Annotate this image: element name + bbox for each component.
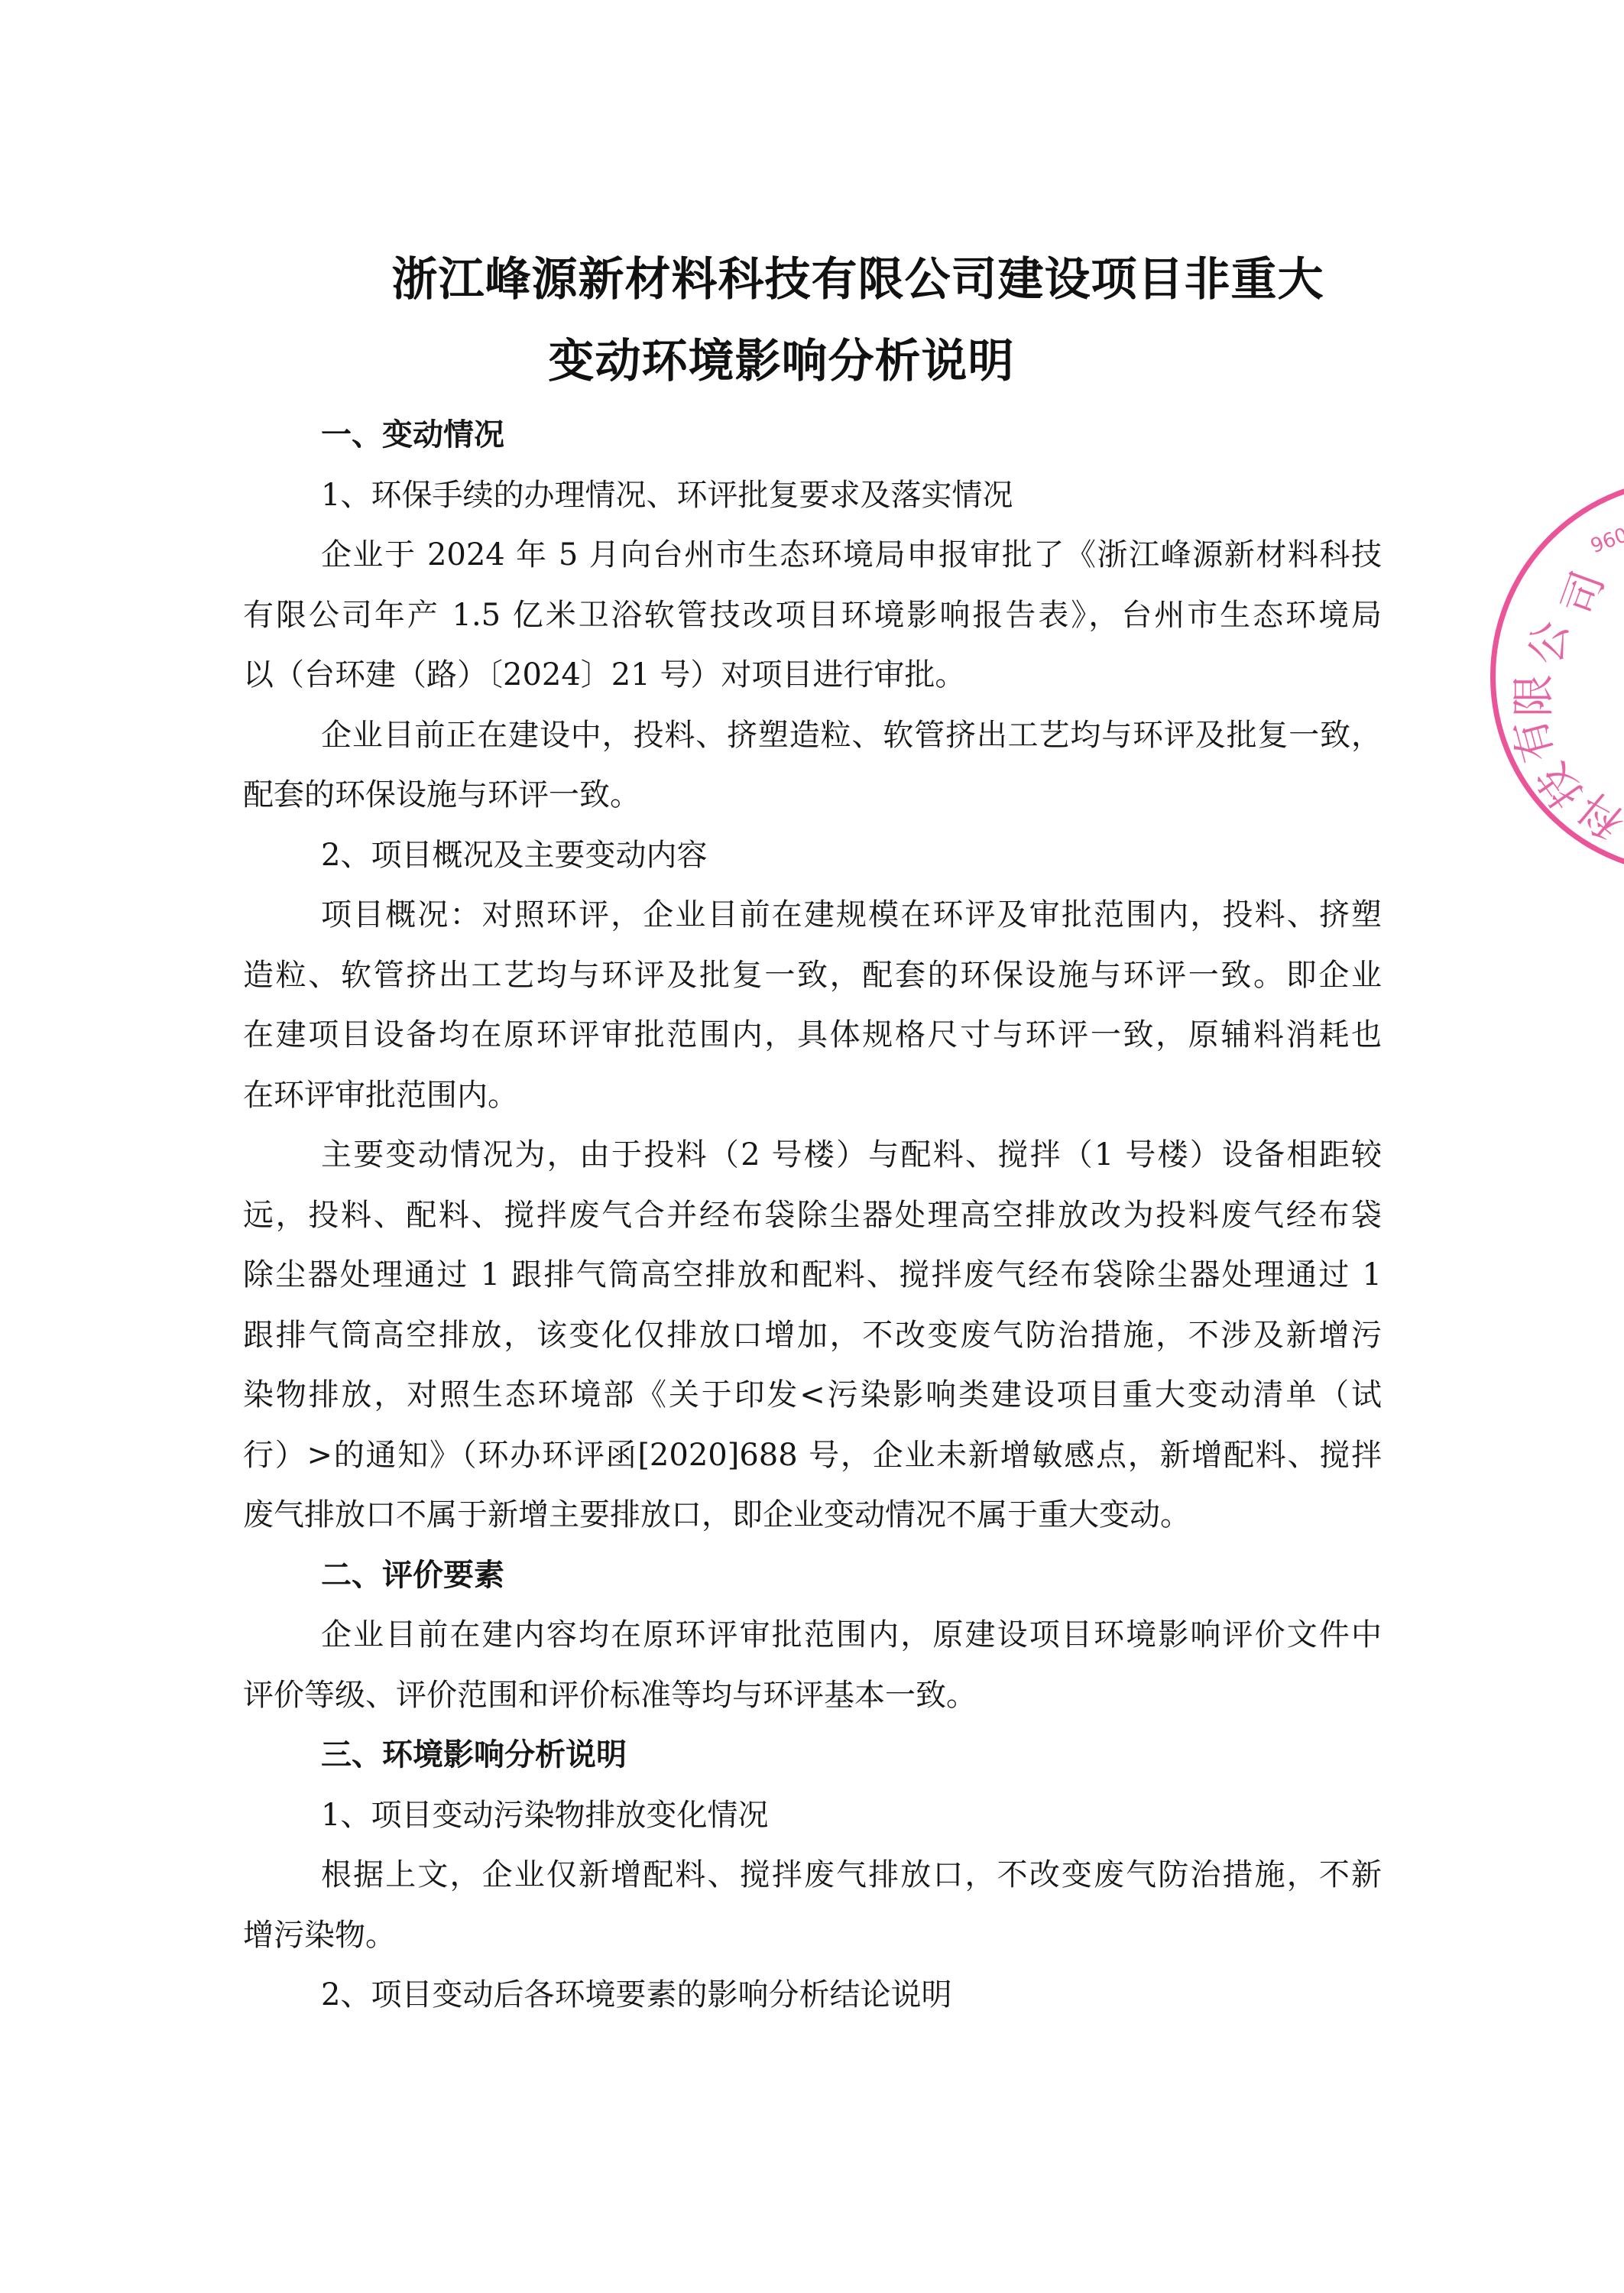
- paragraph-line: 跟排气筒高空排放，该变化仅排放口增加，不改变废气防治措施，不涉及新增污: [243, 1305, 1382, 1366]
- paragraph-line: 企业于 2024 年 5 月向台州市生态环境局申报审批了《浙江峰源新材料科技: [243, 525, 1382, 585]
- paragraph-line: 项目概况：对照环评，企业目前在建规模在环评及审批范围内，投料、挤塑: [243, 885, 1382, 945]
- subsection-heading-1-1: 1、环保手续的办理情况、环评批复要求及落实情况: [243, 465, 1382, 526]
- paragraph-line: 根据上文，企业仅新增配料、搅拌废气排放口，不改变废气防治措施，不新: [243, 1845, 1382, 1905]
- document-title-line-2: 变动环境影响分析说明: [0, 325, 1593, 391]
- paragraph-line: 远，投料、配料、搅拌废气合并经布袋除尘器处理高空排放改为投料废气经布袋: [243, 1185, 1382, 1246]
- paragraph-line: 染物排放，对照生态环境部《关于印发<污染影响类建设项目重大变动清单（试: [243, 1365, 1382, 1425]
- paragraph-line: 在建项目设备均在原环评审批范围内，具体规格尺寸与环评一致，原辅料消耗也: [243, 1005, 1382, 1065]
- paragraph-line: 在环评审批范围内。: [243, 1065, 1382, 1126]
- section-heading-3: 三、环境影响分析说明: [243, 1725, 1382, 1785]
- paragraph-line: 配套的环保设施与环评一致。: [243, 765, 1382, 825]
- paragraph-line: 主要变动情况为，由于投料（2 号楼）与配料、搅拌（1 号楼）设备相距较: [243, 1125, 1382, 1185]
- section-heading-1: 一、变动情况: [243, 405, 1382, 465]
- document-body: 一、变动情况 1、环保手续的办理情况、环评批复要求及落实情况 企业于 2024 …: [243, 405, 1382, 2025]
- subsection-heading-3-1: 1、项目变动污染物排放变化情况: [243, 1785, 1382, 1846]
- section-heading-2: 二、评价要素: [243, 1545, 1382, 1606]
- paragraph-line: 企业目前正在建设中，投料、挤塑造粒、软管挤出工艺均与环评及批复一致，: [243, 705, 1382, 766]
- subsection-heading-3-2: 2、项目变动后各环境要素的影响分析结论说明: [243, 1965, 1382, 2025]
- stamp-char: 限: [1500, 674, 1561, 717]
- paragraph-line: 有限公司年产 1.5 亿米卫浴软管技改项目环境影响报告表》，台州市生态环境局: [243, 585, 1382, 646]
- document-page: 浙江峰源新材料科技有限公司建设项目非重大 变动环境影响分析说明 一、变动情况 1…: [0, 0, 1624, 2293]
- paragraph-line: 废气排放口不属于新增主要排放口，即企业变动情况不属于重大变动。: [243, 1485, 1382, 1545]
- paragraph-line: 增污染物。: [243, 1905, 1382, 1966]
- paragraph-line: 除尘器处理通过 1 跟排气筒高空排放和配料、搅拌废气经布袋除尘器处理通过 1: [243, 1245, 1382, 1305]
- subsection-heading-1-2: 2、项目概况及主要变动内容: [243, 825, 1382, 886]
- document-title-line-1: 浙江峰源新材料科技有限公司建设项目非重大: [46, 243, 1624, 309]
- paragraph-line: 行）>的通知》（环办环评函[2020]688 号，企业未新增敏感点，新增配料、搅…: [243, 1425, 1382, 1486]
- paragraph-line: 以（台环建（路）〔2024〕21 号）对项目进行审批。: [243, 645, 1382, 705]
- paragraph-line: 造粒、软管挤出工艺均与环评及批复一致，配套的环保设施与环评一致。即企业: [243, 945, 1382, 1006]
- paragraph-line: 企业目前在建内容均在原环评审批范围内，原建设项目环境影响评价文件中: [243, 1605, 1382, 1665]
- paragraph-line: 评价等级、评价范围和评价标准等均与环评基本一致。: [243, 1665, 1382, 1726]
